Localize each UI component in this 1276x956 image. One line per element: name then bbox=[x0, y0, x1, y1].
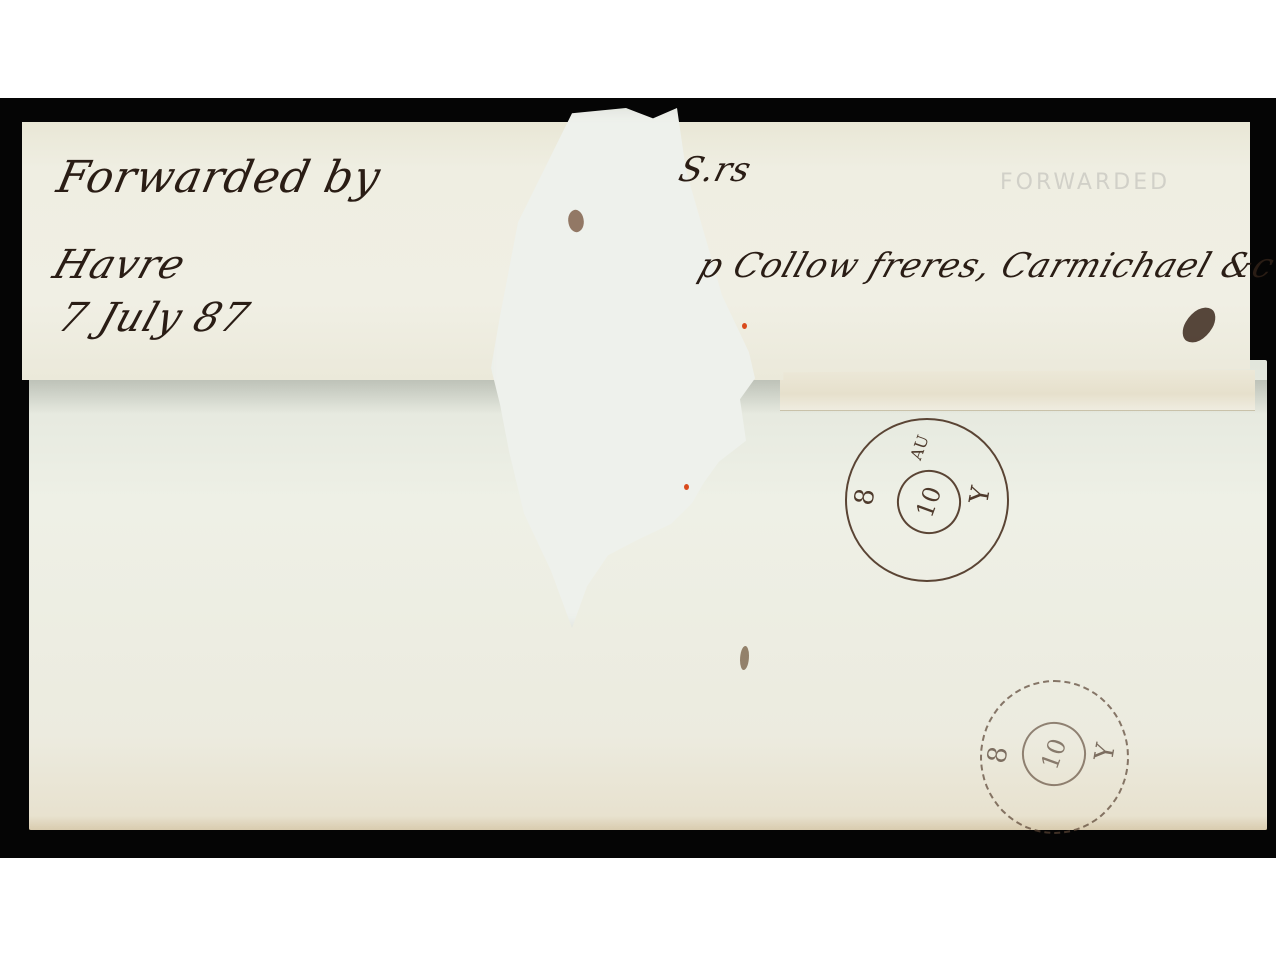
postmark-center: 10 bbox=[888, 461, 970, 543]
postmark-left-text: 8 bbox=[982, 744, 1014, 766]
signature-fragment-text: S.rs bbox=[675, 150, 756, 190]
postmark-center: 10 bbox=[1013, 713, 1095, 795]
wax-fleck bbox=[684, 484, 689, 490]
postmark-circular-faint: 10 8 Y bbox=[980, 680, 1129, 834]
date-text: 7 July 87 bbox=[53, 295, 256, 341]
wax-fleck bbox=[742, 323, 747, 329]
origin-city-text: Havre bbox=[48, 242, 192, 288]
postmark-numeral: 10 bbox=[911, 483, 948, 521]
postmark-circular: 10 8 Y AU bbox=[845, 418, 1009, 582]
postmark-numeral: 10 bbox=[1036, 735, 1073, 773]
postmark-left-text: 8 bbox=[849, 486, 881, 508]
postmark-right-text: Y bbox=[1089, 741, 1122, 763]
postmark-right-text: Y bbox=[964, 484, 997, 506]
forwarder-name-text: p Collow freres, Carmichael &c bbox=[694, 246, 1276, 286]
faint-forwarded-stamp: FORWARDED bbox=[1000, 170, 1170, 195]
forwarded-by-text: Forwarded by bbox=[53, 152, 386, 203]
folded-edge-strip bbox=[780, 370, 1255, 411]
postmark-month: AU bbox=[906, 432, 932, 462]
